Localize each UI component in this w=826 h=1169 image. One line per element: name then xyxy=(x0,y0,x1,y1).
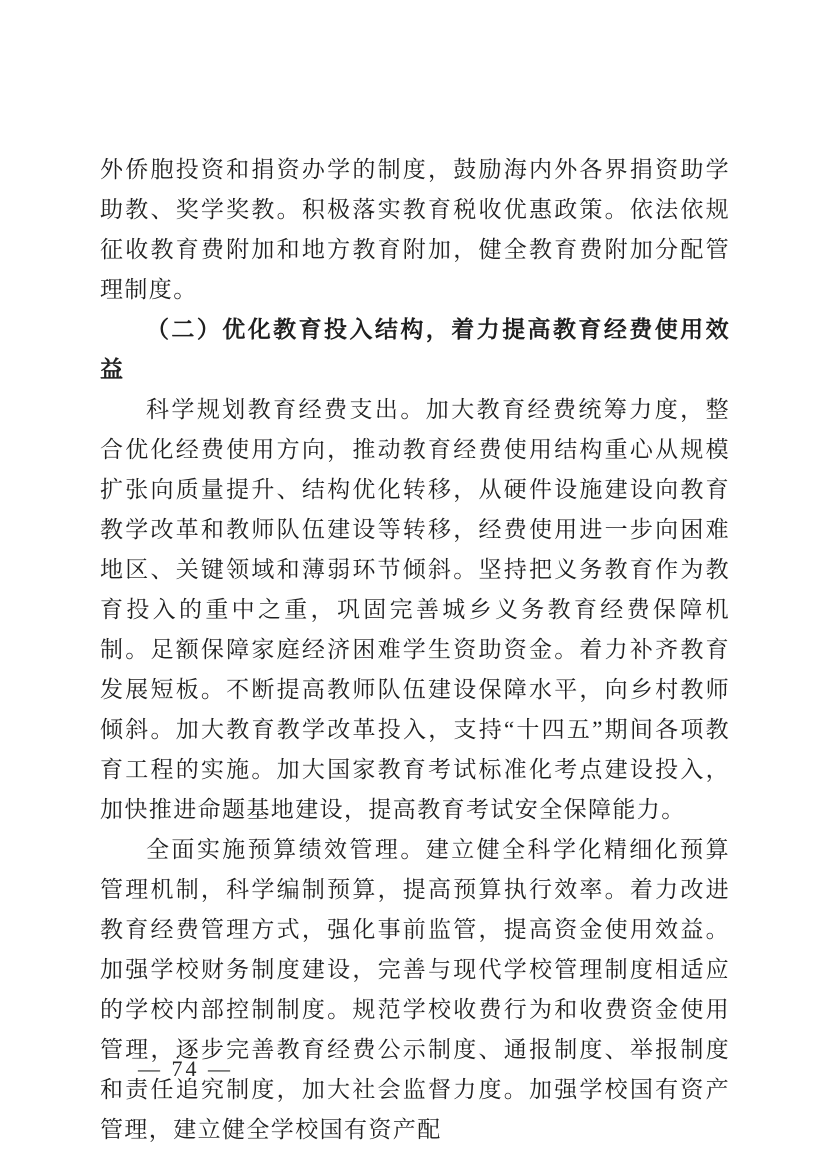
page-number: — 74 — xyxy=(138,1056,233,1082)
paragraph-body-2: 全面实施预算绩效管理。建立健全科学化精细化预算管理机制，科学编制预算，提高预算执… xyxy=(100,830,730,1150)
paragraph-continuation: 外侨胞投资和捐资办学的制度，鼓励海内外各界捐资助学助教、奖学奖教。积极落实教育税… xyxy=(100,150,730,310)
document-page: 外侨胞投资和捐资办学的制度，鼓励海内外各界捐资助学助教、奖学奖教。积极落实教育税… xyxy=(0,0,826,1169)
paragraph-body-1: 科学规划教育经费支出。加大教育经费统筹力度，整合优化经费使用方向，推动教育经费使… xyxy=(100,390,730,830)
section-heading: （二）优化教育投入结构，着力提高教育经费使用效益 xyxy=(100,310,730,390)
text-body: 外侨胞投资和捐资办学的制度，鼓励海内外各界捐资助学助教、奖学奖教。积极落实教育税… xyxy=(100,150,730,1150)
